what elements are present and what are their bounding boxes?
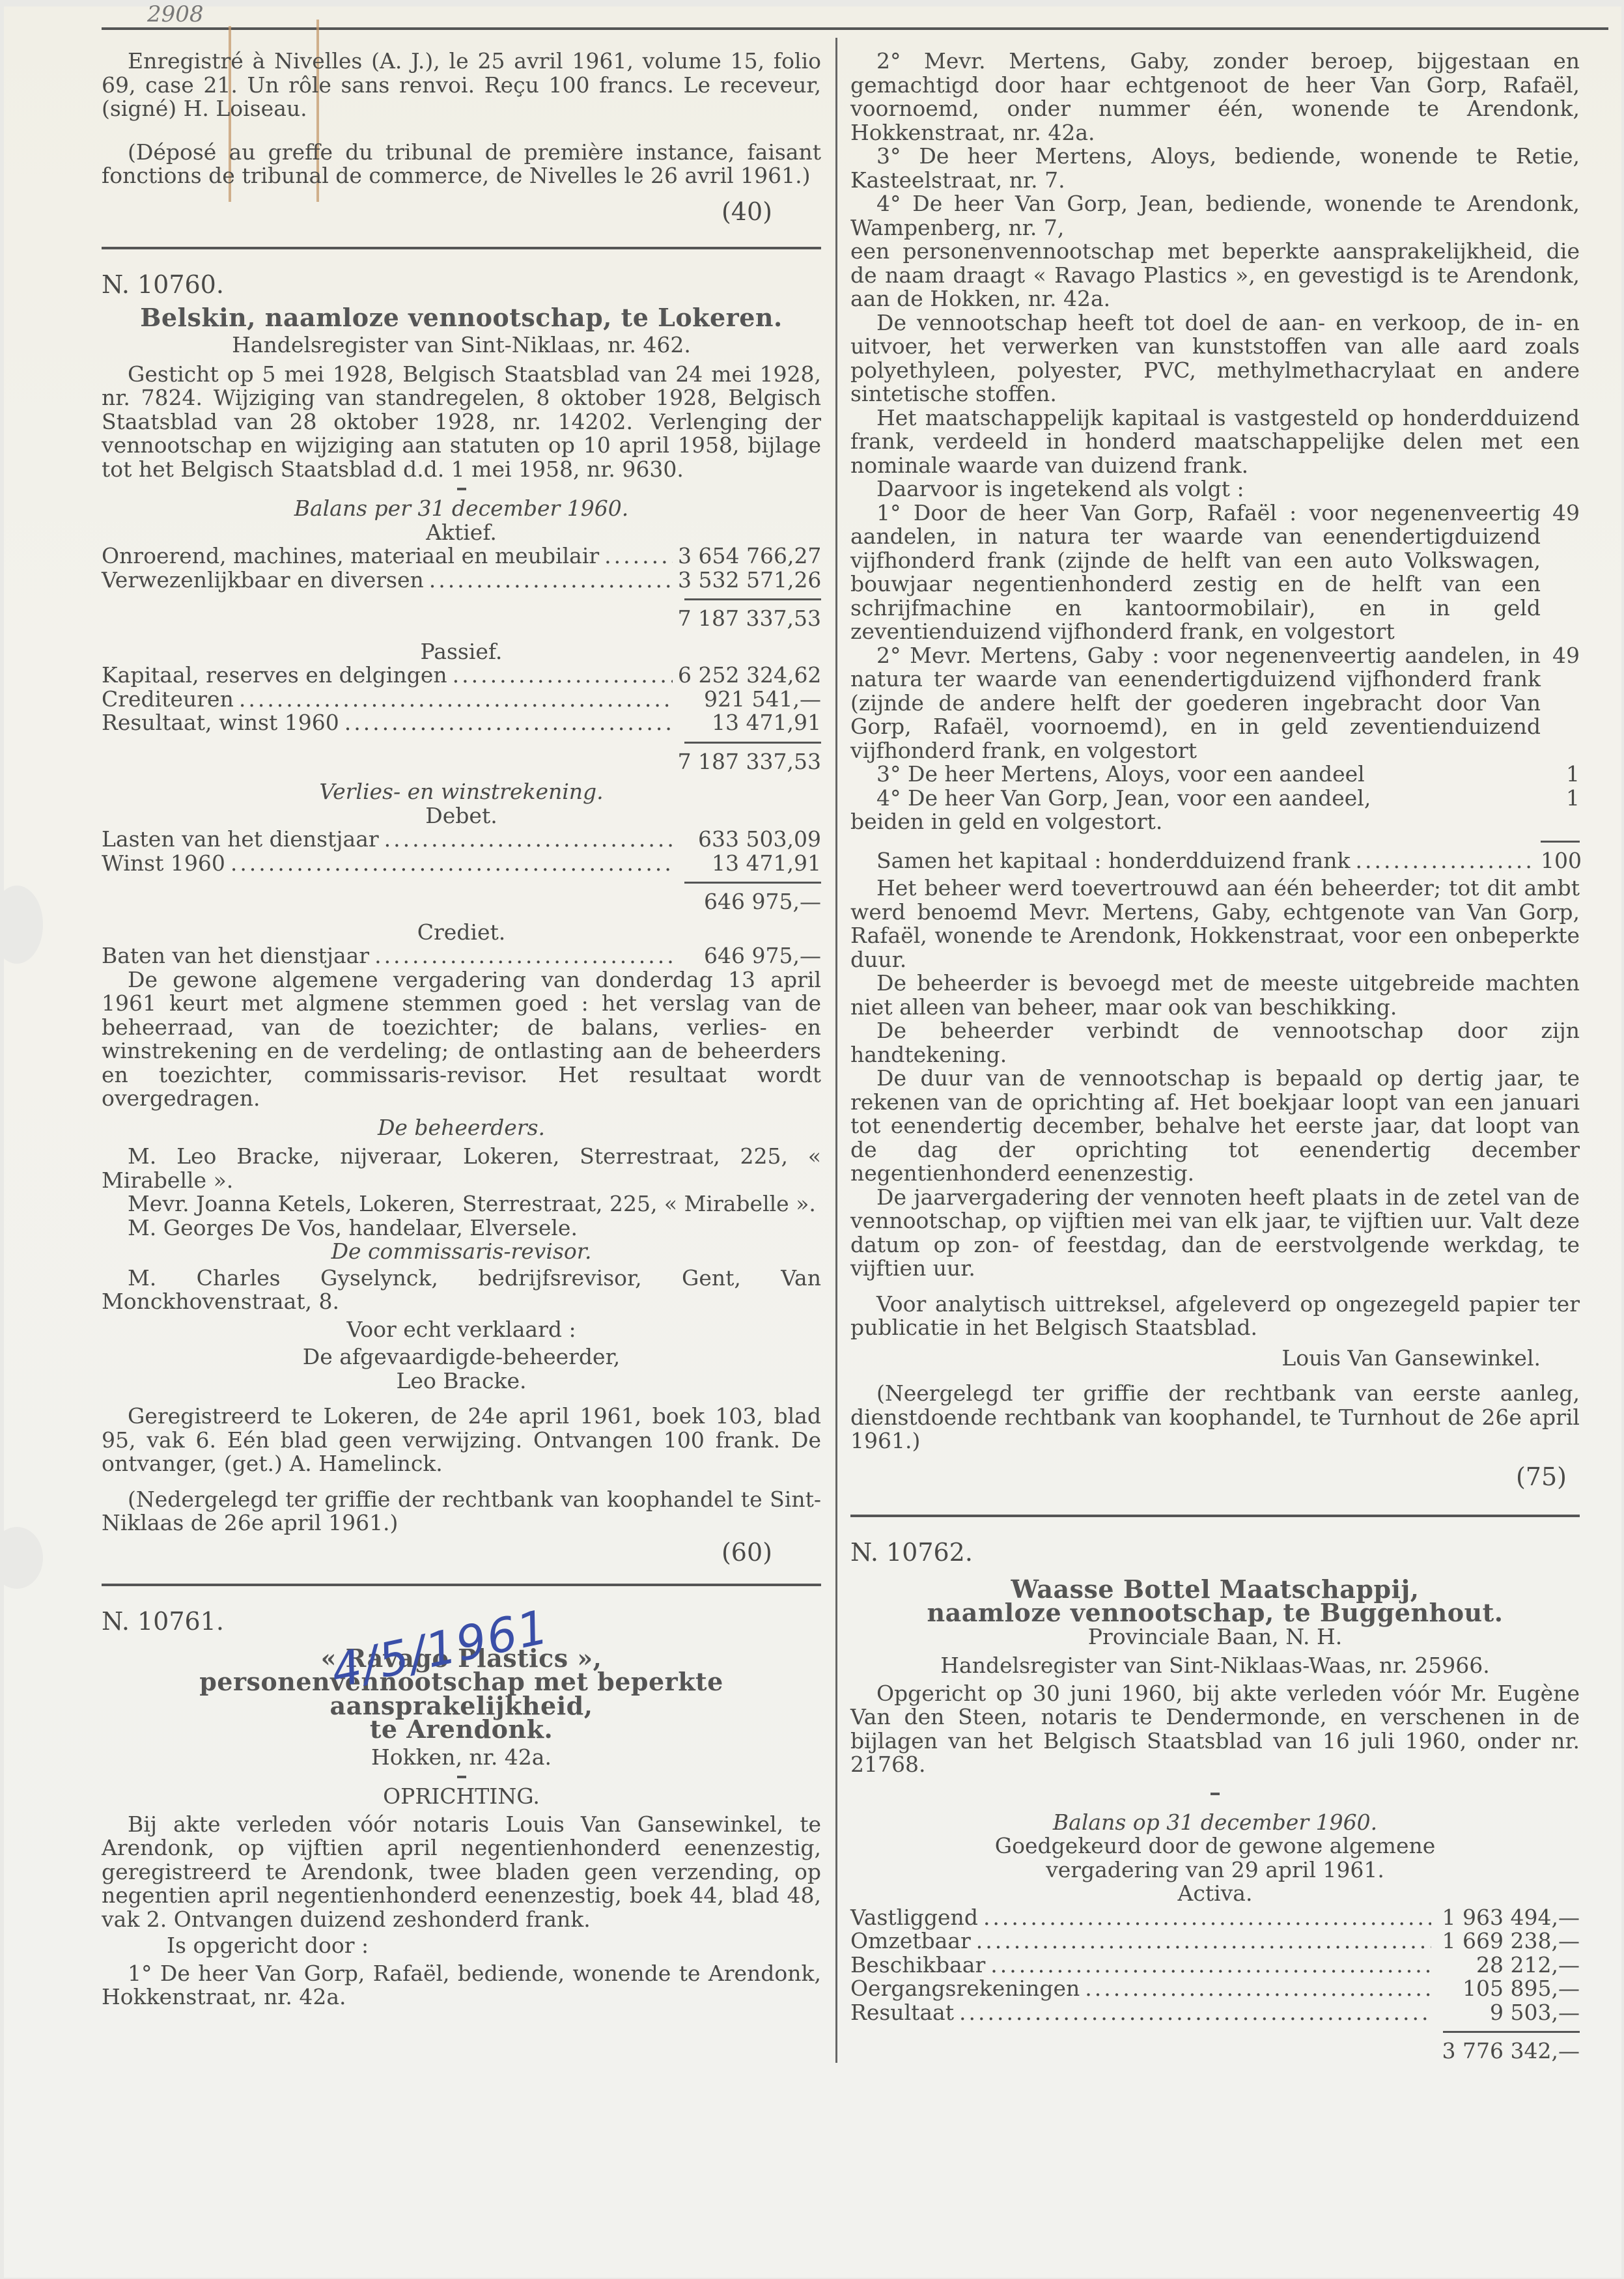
- capital-total-shares: 100: [1541, 849, 1580, 873]
- crediet-table: Baten van het dienstjaar646 975,—: [102, 944, 821, 968]
- sum-rule: [1443, 2031, 1580, 2033]
- punch-hole: [0, 886, 43, 964]
- row-label: 1° Door de heer Van Gorp, Rafaël : voor …: [850, 501, 1541, 644]
- founder-3: 3° De heer Mertens, Aloys, bediende, won…: [850, 145, 1580, 192]
- table-row: Verwezenlijkbaar en diversen3 532 571,26: [102, 568, 821, 593]
- register-text: Handelsregister van Sint-Niklaas, nr. 46…: [102, 333, 821, 357]
- balance-title: Balans per 31 december 1960.: [102, 497, 821, 521]
- notice-title-3: te Arendonk.: [102, 1718, 821, 1742]
- deposit-text: (Déposé au greffe du tribunal de premièr…: [102, 141, 821, 188]
- notice-number: N. 10762.: [850, 1541, 1580, 1565]
- capital-text: Het maatschappelijk kapitaal is vastgest…: [850, 406, 1580, 478]
- section-rule: [102, 247, 821, 249]
- page-number: 2908: [147, 1, 204, 27]
- row-amount: 49: [1541, 501, 1580, 525]
- meeting-text: De gewone algemene vergadering van donde…: [102, 968, 821, 1111]
- capital-total-label: Samen het kapitaal : honderdduizend fran…: [850, 849, 1351, 873]
- left-column: Enregistré à Nivelles (A. J.), le 25 avr…: [102, 49, 821, 2009]
- row-amount: 921 541,—: [678, 688, 821, 712]
- passief-total: 7 187 337,53: [102, 750, 821, 774]
- aktief-heading: Aktief.: [102, 521, 821, 545]
- row-amount: 633 503,09: [678, 828, 821, 852]
- aktief-total: 7 187 337,53: [102, 607, 821, 631]
- table-row: 4° De heer Van Gorp, Jean, voor een aand…: [850, 787, 1580, 811]
- right-column: 2° Mevr. Mertens, Gaby, zonder beroep, b…: [850, 49, 1580, 2063]
- cost-label: (75): [850, 1465, 1580, 1489]
- powers-text: De beheerder is bevoegd met de meeste ui…: [850, 972, 1580, 1019]
- revisor-text: M. Charles Gyselynck, bedrijfsrevisor, G…: [102, 1266, 821, 1314]
- punch-hole: [0, 1527, 43, 1589]
- row-amount: 3 532 571,26: [678, 568, 821, 593]
- table-row: Crediteuren921 541,—: [102, 688, 821, 712]
- row-label: Baten van het dienstjaar: [102, 944, 369, 968]
- company-text: een personenvennootschap met beperkte aa…: [850, 240, 1580, 311]
- row-label: Omzetbaar: [850, 1929, 971, 1953]
- registration-text: Enregistré à Nivelles (A. J.), le 25 avr…: [102, 49, 821, 121]
- revisor-title: De commissaris-revisor.: [102, 1240, 821, 1264]
- deed-text: Bij akte verleden vóór notaris Louis Van…: [102, 1813, 821, 1932]
- table-row: Beschikbaar28 212,—: [850, 1953, 1580, 1978]
- row-amount: 646 975,—: [678, 944, 821, 968]
- notice-title: Belskin, naamloze vennootschap, te Loker…: [102, 306, 821, 330]
- row-label: Lasten van het dienstjaar: [102, 828, 379, 852]
- row-amount: 28 212,—: [1436, 1953, 1580, 1978]
- row-amount: 105 895,—: [1436, 1977, 1580, 2001]
- table-row: Resultaat, winst 196013 471,91: [102, 711, 821, 735]
- section-rule: [850, 1515, 1580, 1517]
- row-label: Winst 1960: [102, 852, 225, 876]
- purpose-text: De vennootschap heeft tot doel de aan- e…: [850, 311, 1580, 406]
- founded-text: Opgericht op 30 juni 1960, bij akte verl…: [850, 1682, 1580, 1777]
- notice-title-2: personenvennootschap met beperkte aanspr…: [102, 1670, 821, 1718]
- row-label: Beschikbaar: [850, 1953, 985, 1978]
- table-row: Resultaat9 503,—: [850, 2001, 1580, 2025]
- signer-role: De afgevaardigde-beheerder,: [102, 1345, 821, 1369]
- extract-text: Voor analytisch uittreksel, afgeleverd o…: [850, 1293, 1580, 1340]
- founded-by: Is opgericht door :: [102, 1934, 821, 1958]
- table-row: Vastliggend1 963 494,—: [850, 1906, 1580, 1930]
- row-label: 2° Mevr. Mertens, Gaby : voor negenenvee…: [850, 644, 1541, 763]
- management-text: Het beheer werd toevertrouwd aan één beh…: [850, 876, 1580, 972]
- row-amount: 1: [1541, 762, 1580, 787]
- cost-label: (40): [102, 200, 821, 224]
- register-text: Handelsregister van Sint-Niklaas-Waas, n…: [850, 1654, 1580, 1678]
- registration-text: Geregistreerd te Lokeren, de 24e april 1…: [102, 1405, 821, 1476]
- notice-10762: N. 10762. Waasse Bottel Maatschappij, na…: [850, 1541, 1580, 2063]
- table-row: Kapitaal, reserves en delgingen6 252 324…: [102, 664, 821, 688]
- table-row: Baten van het dienstjaar646 975,—: [102, 944, 821, 968]
- history-text: Gesticht op 5 mei 1928, Belgisch Staatsb…: [102, 363, 821, 482]
- address-text: Provinciale Baan, N. H.: [850, 1625, 1580, 1649]
- column-divider: [835, 38, 837, 2063]
- beheerder-3: M. Georges De Vos, handelaar, Elversele.: [102, 1216, 821, 1240]
- debet-heading: Debet.: [102, 804, 821, 828]
- notice-title-2: naamloze vennootschap, te Buggenhout.: [850, 1601, 1580, 1625]
- notice-10760: N. 10760. Belskin, naamloze vennootschap…: [102, 273, 821, 1564]
- signature: Louis Van Gansewinkel.: [850, 1347, 1580, 1371]
- approved-text: Goedgekeurd door de gewone algemene verg…: [850, 1834, 1580, 1882]
- row-label: Crediteuren: [102, 688, 234, 712]
- row-label: Resultaat: [850, 2001, 954, 2025]
- dash-separator: [1211, 1793, 1220, 1795]
- row-amount: 13 471,91: [678, 852, 821, 876]
- table-row: Winst 196013 471,91: [102, 852, 821, 876]
- both-paid-text: beiden in geld en volgestort.: [850, 810, 1580, 834]
- row-label: 4° De heer Van Gorp, Jean, voor een aand…: [850, 787, 1541, 811]
- capital-total-row: Samen het kapitaal : honderdduizend fran…: [850, 849, 1580, 873]
- row-amount: 9 503,—: [1436, 2001, 1580, 2025]
- row-label: 3° De heer Mertens, Aloys, voor een aand…: [850, 762, 1541, 787]
- activa-table: Vastliggend1 963 494,—Omzetbaar1 669 238…: [850, 1906, 1580, 2025]
- sum-rule: [684, 742, 821, 744]
- dash-separator: [457, 488, 466, 490]
- row-amount: 1: [1541, 787, 1580, 811]
- founder-2: 2° Mevr. Mertens, Gaby, zonder beroep, b…: [850, 49, 1580, 145]
- sum-rule: [1541, 841, 1580, 843]
- activa-heading: Activa.: [850, 1882, 1580, 1906]
- row-amount: 13 471,91: [678, 711, 821, 735]
- beheerders-title: De beheerders.: [102, 1116, 821, 1140]
- beheerder-2: Mevr. Joanna Ketels, Lokeren, Sterrestra…: [102, 1192, 821, 1216]
- row-amount: 3 654 766,27: [678, 544, 821, 568]
- row-amount: 1 963 494,—: [1436, 1906, 1580, 1930]
- crediet-heading: Crediet.: [102, 921, 821, 945]
- founder-1: 1° De heer Van Gorp, Rafaël, bediende, w…: [102, 1962, 821, 2009]
- row-amount: 1 669 238,—: [1436, 1929, 1580, 1953]
- table-row: 3° De heer Mertens, Aloys, voor een aand…: [850, 762, 1580, 787]
- table-row: Lasten van het dienstjaar633 503,09: [102, 828, 821, 852]
- section-heading: OPRICHTING.: [102, 1785, 821, 1809]
- pl-title: Verlies- en winstrekening.: [102, 780, 821, 804]
- sum-rule: [684, 882, 821, 884]
- subscribed-text: Daarvoor is ingetekend als volgt :: [850, 477, 1580, 501]
- certified-text: Voor echt verklaard :: [102, 1318, 821, 1342]
- cost-label: (60): [102, 1541, 821, 1565]
- debet-total: 646 975,—: [102, 890, 821, 914]
- row-label: Vastliggend: [850, 1906, 978, 1930]
- passief-table: Kapitaal, reserves en delgingen6 252 324…: [102, 664, 821, 735]
- table-row: 2° Mevr. Mertens, Gaby : voor negenenvee…: [850, 644, 1580, 763]
- binds-text: De beheerder verbindt de vennootschap do…: [850, 1019, 1580, 1067]
- deposit-text: (Neergelegd ter griffie der rechtbank va…: [850, 1382, 1580, 1453]
- row-amount: 49: [1541, 644, 1580, 668]
- aktief-table: Onroerend, machines, materiaal en meubil…: [102, 544, 821, 592]
- founder-4: 4° De heer Van Gorp, Jean, bediende, won…: [850, 192, 1580, 240]
- row-label: Oergangsrekeningen: [850, 1977, 1080, 2001]
- signer-name: Leo Bracke.: [102, 1369, 821, 1393]
- row-label: Kapitaal, reserves en delgingen: [102, 664, 447, 688]
- beheerder-1: M. Leo Bracke, nijveraar, Lokeren, Sterr…: [102, 1145, 821, 1192]
- row-amount: 6 252 324,62: [678, 664, 821, 688]
- table-row: Oergangsrekeningen105 895,—: [850, 1977, 1580, 2001]
- subscriptions-list: 1° Door de heer Van Gorp, Rafaël : voor …: [850, 501, 1580, 811]
- deposit-text: (Nedergelegd ter griffie der rechtbank v…: [102, 1488, 821, 1535]
- annual-meeting-text: De jaarvergadering der vennoten heeft pl…: [850, 1186, 1580, 1281]
- gazette-page: 2908 Enregistré à Nivelles (A. J.), le 2…: [4, 7, 1621, 2278]
- table-row: Onroerend, machines, materiaal en meubil…: [102, 544, 821, 568]
- row-label: Verwezenlijkbaar en diversen: [102, 568, 424, 593]
- address-text: Hokken, nr. 42a.: [102, 1746, 821, 1770]
- table-row: 1° Door de heer Van Gorp, Rafaël : voor …: [850, 501, 1580, 644]
- row-label: Onroerend, machines, materiaal en meubil…: [102, 544, 599, 568]
- row-label: Resultaat, winst 1960: [102, 711, 339, 735]
- section-rule: [102, 1584, 821, 1586]
- dash-separator: [457, 1776, 466, 1778]
- passief-heading: Passief.: [102, 640, 821, 664]
- top-rule: [102, 27, 1608, 30]
- sum-rule: [684, 598, 821, 600]
- notice-number: N. 10760.: [102, 273, 821, 297]
- duration-text: De duur van de vennootschap is bepaald o…: [850, 1067, 1580, 1186]
- table-row: Omzetbaar1 669 238,—: [850, 1929, 1580, 1953]
- activa-total: 3 776 342,—: [850, 2039, 1580, 2063]
- debet-table: Lasten van het dienstjaar633 503,09Winst…: [102, 828, 821, 875]
- balance-title: Balans op 31 december 1960.: [850, 1811, 1580, 1835]
